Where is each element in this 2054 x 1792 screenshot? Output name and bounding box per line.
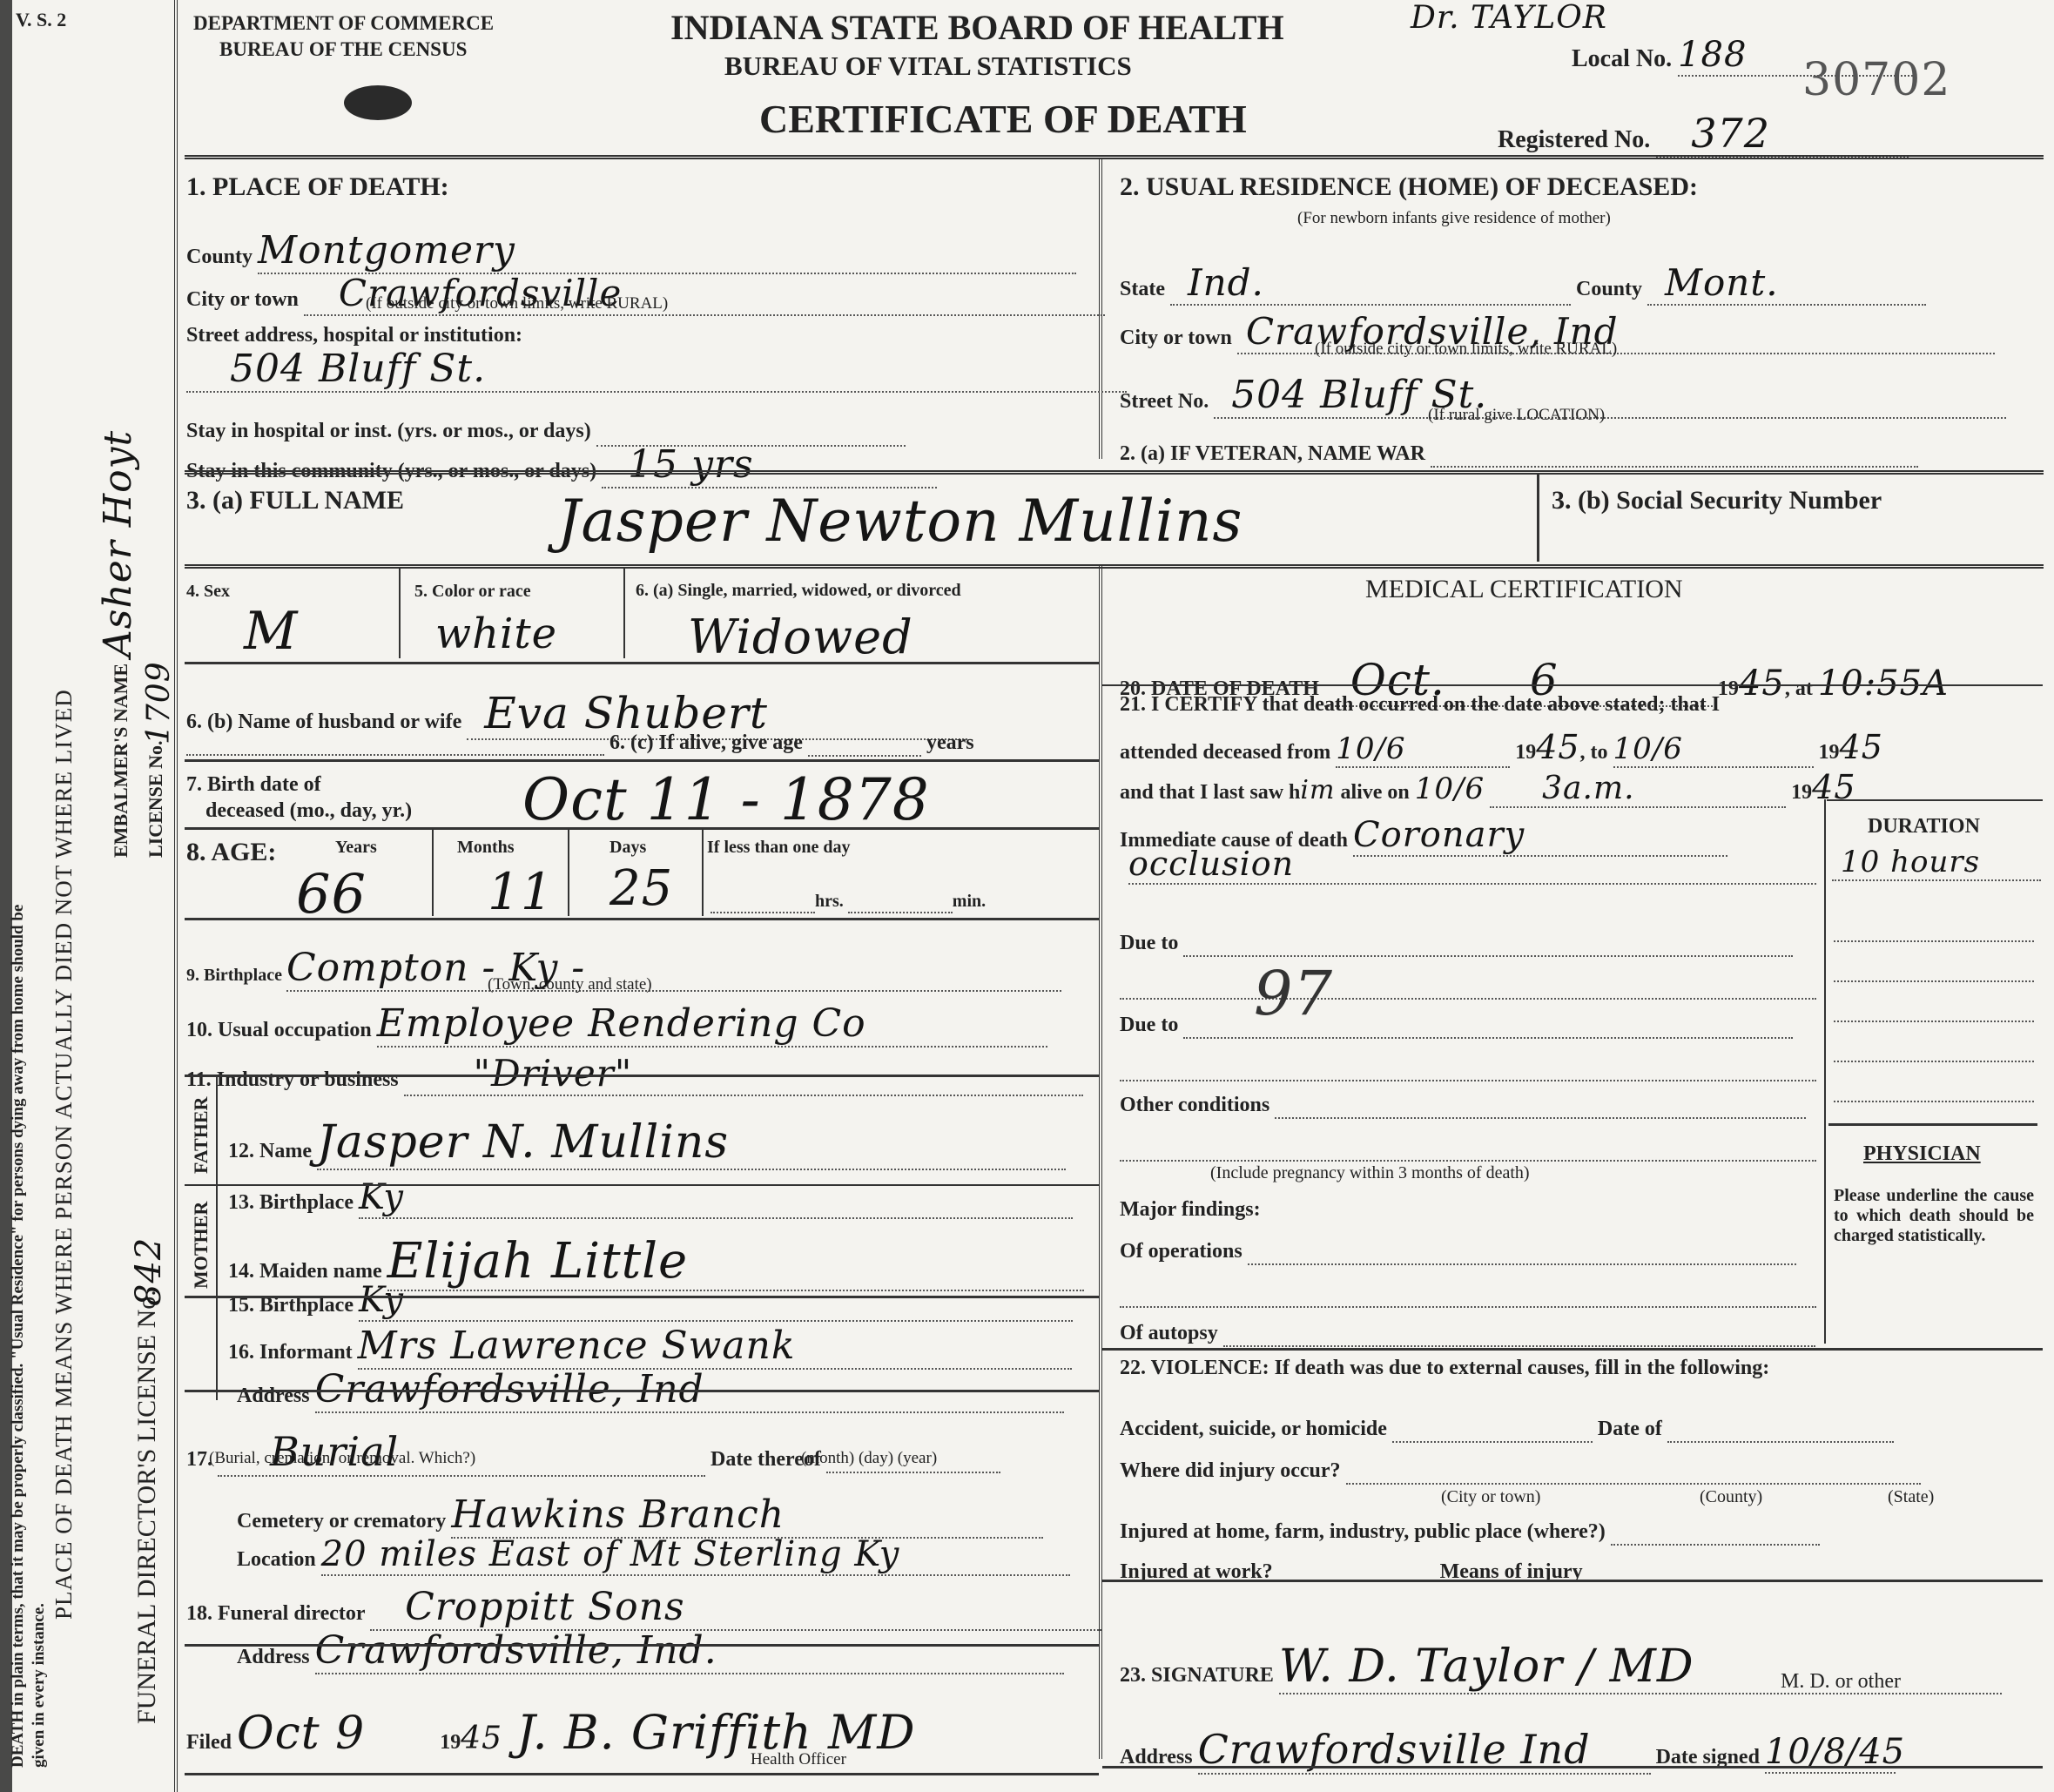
where-county-note: (County) bbox=[1700, 1487, 1762, 1507]
margin-instruction-line2: given in every instance. bbox=[30, 1603, 49, 1768]
father-name: 12. Name Jasper N. Mullins bbox=[228, 1116, 1066, 1170]
other-conditions-value[interactable] bbox=[1275, 1094, 1806, 1119]
res-street-note: (If rural give LOCATION) bbox=[1428, 406, 1605, 425]
race-divider bbox=[623, 568, 625, 658]
birthplace-label: 9. Birthplace bbox=[186, 966, 282, 985]
due-to-2: Due to bbox=[1120, 1014, 1793, 1039]
rule-bottom-right bbox=[1102, 1766, 2043, 1768]
spouse-age-label: 6. (c) If alive, give age bbox=[609, 731, 803, 754]
mother-birthplace-value[interactable]: Ky bbox=[359, 1280, 1073, 1322]
pod-county-value[interactable]: Montgomery bbox=[258, 228, 1076, 274]
age-lt-day-label: If less than one day bbox=[707, 838, 850, 858]
funeral-director: 18. Funeral director Croppitt Sons bbox=[186, 1585, 1101, 1631]
rule-before-duration bbox=[1827, 799, 2043, 801]
residence-note: (For newborn infants give residence of m… bbox=[1297, 209, 1611, 228]
rule-after-birth bbox=[185, 827, 1099, 830]
duration-line-1 bbox=[1834, 940, 2034, 942]
father-name-label: 12. Name bbox=[228, 1140, 312, 1162]
place-of-death-heading: 1. PLACE OF DEATH: bbox=[186, 172, 449, 202]
funeral-director-license-label: FUNERAL DIRECTOR'S LICENSE No. bbox=[132, 1290, 162, 1724]
death-year[interactable]: 45 bbox=[1739, 664, 1785, 704]
duration-line-3 bbox=[1834, 1021, 2034, 1022]
stamp-number: 30702 bbox=[1802, 54, 1950, 106]
dept-line1: DEPARTMENT OF COMMERCE bbox=[193, 12, 494, 35]
of-operations-label: Of operations bbox=[1120, 1240, 1243, 1263]
spouse-continuation-line bbox=[186, 754, 604, 756]
age-min-label: min. bbox=[953, 892, 986, 911]
pod-stay-community-value[interactable]: 15 yrs bbox=[602, 442, 937, 488]
residence-heading: 2. USUAL RESIDENCE (HOME) OF DECEASED: bbox=[1120, 172, 1698, 202]
of-operations: Of operations bbox=[1120, 1240, 1796, 1265]
pod-stay-community: Stay in this community (yrs., or mos., o… bbox=[186, 442, 937, 488]
mother-birthplace: 15. Birthplace Ky bbox=[228, 1280, 1073, 1322]
father-side-label: FATHER bbox=[190, 1097, 212, 1174]
informant: 16. Informant Mrs Lawrence Swank bbox=[228, 1324, 1072, 1370]
duration-heading: DURATION bbox=[1868, 815, 1980, 839]
pod-city-label: City or town bbox=[186, 288, 299, 311]
due-to-1-value[interactable] bbox=[1183, 932, 1793, 957]
accident-label: Accident, suicide, or homicide bbox=[1120, 1418, 1387, 1440]
of-autopsy: Of autopsy bbox=[1120, 1322, 1815, 1347]
where-state-note: (State) bbox=[1888, 1487, 1934, 1507]
informant-value[interactable]: Mrs Lawrence Swank bbox=[358, 1324, 1072, 1370]
sex-divider bbox=[399, 568, 401, 658]
pod-street-value[interactable]: 504 Bluff St. bbox=[186, 347, 1127, 393]
age-days-value[interactable]: 25 bbox=[609, 860, 673, 917]
physician-annotation: Dr. TAYLOR bbox=[1411, 0, 1607, 36]
violence-where: Where did injury occur? bbox=[1120, 1459, 1921, 1485]
pod-stay-hospital: Stay in hospital or inst. (yrs. or mos.,… bbox=[186, 409, 906, 447]
age-label: 8. AGE: bbox=[186, 838, 276, 867]
due-to-1-label: Due to bbox=[1120, 932, 1178, 954]
marital-label: 6. (a) Single, married, widowed, or divo… bbox=[636, 582, 1088, 599]
due-to-2-label: Due to bbox=[1120, 1014, 1178, 1036]
of-operations-value[interactable] bbox=[1248, 1240, 1796, 1265]
date-of-value[interactable] bbox=[1667, 1418, 1894, 1443]
occupation: 10. Usual occupation Employee Rendering … bbox=[186, 1001, 1047, 1048]
rule-before-filed bbox=[185, 1644, 1099, 1647]
cemetery-label: Cemetery or crematory bbox=[237, 1510, 446, 1533]
last-saw-date[interactable]: 10/6 bbox=[1415, 771, 1485, 806]
rule-after-spouse bbox=[185, 759, 1099, 762]
rule-after-residence bbox=[185, 470, 2044, 475]
last-saw-label: and that I last saw h bbox=[1120, 781, 1300, 804]
certify-text: 21. I CERTIFY that death occurred on the… bbox=[1120, 693, 1720, 717]
res-state: State Ind. County Mont. bbox=[1120, 261, 1926, 306]
last-saw-time[interactable]: 3a.m. bbox=[1490, 771, 1786, 808]
rule-after-mother bbox=[185, 1296, 1099, 1298]
form-code: V. S. 2 bbox=[16, 9, 66, 31]
last-saw-prefix: 19 bbox=[1791, 781, 1812, 804]
sex-label: 4. Sex bbox=[186, 582, 230, 602]
spouse-label: 6. (b) Name of husband or wife bbox=[186, 711, 461, 733]
res-street-label: Street No. bbox=[1120, 390, 1209, 413]
rule-after-informant bbox=[185, 1390, 1099, 1392]
res-veteran-label: 2. (a) IF VETERAN, NAME WAR bbox=[1120, 442, 1425, 465]
birth-date-label-1: 7. Birth date of bbox=[186, 773, 321, 797]
filed-year-prefix: 19 bbox=[440, 1731, 461, 1754]
rule-after-sex bbox=[185, 662, 1099, 664]
attended-from[interactable]: 10/6 bbox=[1336, 731, 1510, 768]
violence-heading: 22. VIOLENCE: If death was due to extern… bbox=[1120, 1357, 1956, 1379]
last-saw-alive: and that I last saw him alive on 10/6 3a… bbox=[1120, 768, 1856, 808]
rule-after-age bbox=[185, 918, 1099, 920]
disposal-note: (Burial, cremation, or removal. Which?) bbox=[209, 1449, 475, 1468]
certificate-title: CERTIFICATE OF DEATH bbox=[759, 96, 1247, 142]
of-operations-line2 bbox=[1120, 1306, 1816, 1308]
sex-value[interactable]: M bbox=[244, 601, 298, 662]
industry-label: 11. Industry or business bbox=[186, 1068, 399, 1091]
local-no-label: Local No. bbox=[1572, 45, 1672, 72]
pod-county: County Montgomery bbox=[186, 228, 1076, 274]
duration-line-4 bbox=[1834, 1061, 2034, 1062]
duration-line-2 bbox=[1834, 980, 2034, 982]
dept-line2: BUREAU OF THE CENSUS bbox=[219, 38, 467, 61]
margin-place-of-death-note: PLACE OF DEATH MEANS WHERE PERSON ACTUAL… bbox=[51, 689, 77, 1620]
md-or-other-note: M. D. or other bbox=[1781, 1670, 1901, 1694]
marital-value[interactable]: Widowed bbox=[688, 610, 913, 664]
race-label: 5. Color or race bbox=[414, 582, 531, 602]
res-veteran-value[interactable] bbox=[1431, 442, 1918, 468]
funeral-director-license-value: 842 bbox=[129, 1237, 169, 1306]
attended-from-prefix: 19 bbox=[1515, 741, 1536, 764]
where-city-note: (City or town) bbox=[1441, 1487, 1540, 1507]
spouse-age-unit: years bbox=[926, 731, 974, 754]
health-officer-signature[interactable]: J. B. Griffith MD bbox=[516, 1705, 916, 1760]
last-saw-him[interactable]: im bbox=[1300, 775, 1335, 805]
race-value[interactable]: white bbox=[435, 610, 557, 658]
res-city-note: (If outside city or town limits, write R… bbox=[1315, 340, 1617, 359]
other-conditions-label: Other conditions bbox=[1120, 1094, 1269, 1116]
father-side-rule bbox=[216, 1076, 218, 1400]
medical-certification-heading: MEDICAL CERTIFICATION bbox=[1365, 575, 1683, 604]
spouse-age: 6. (c) If alive, give age years bbox=[609, 731, 974, 757]
age-years-value[interactable]: 66 bbox=[296, 862, 367, 926]
rule-before-violence bbox=[1102, 1348, 2043, 1351]
date-of-label: Date of bbox=[1598, 1418, 1662, 1440]
informant-label: 16. Informant bbox=[228, 1341, 353, 1364]
physician-note: Please underline the cause to which deat… bbox=[1834, 1186, 2034, 1246]
cemetery: Cemetery or crematory Hawkins Branch bbox=[237, 1492, 1043, 1539]
spouse-age-value[interactable] bbox=[808, 731, 921, 757]
duration-divider bbox=[1824, 799, 1826, 1344]
duration-value[interactable]: 10 hours bbox=[1832, 845, 2041, 881]
census-seal-icon bbox=[344, 85, 412, 120]
disposal-date-note: (month) (day) (year) bbox=[801, 1449, 937, 1468]
attended-to-prefix: 19 bbox=[1819, 741, 1840, 764]
pod-street-label: Street address, hospital or institution: bbox=[186, 324, 522, 347]
due-to-2-value[interactable] bbox=[1183, 1014, 1793, 1039]
age-months-value[interactable]: 11 bbox=[488, 862, 554, 921]
registered-no-label: Registered No. bbox=[1498, 126, 1650, 153]
board-name: INDIANA STATE BOARD OF HEALTH bbox=[670, 7, 1284, 48]
full-name-value[interactable]: Jasper Newton Mullins bbox=[557, 488, 1243, 555]
death-year-prefix: 19 bbox=[1718, 677, 1739, 700]
cemetery-value[interactable]: Hawkins Branch bbox=[451, 1492, 1043, 1539]
filed-label: Filed bbox=[186, 1731, 232, 1754]
full-name-label: 3. (a) FULL NAME bbox=[186, 486, 404, 515]
informant-address-label: Address bbox=[237, 1384, 310, 1407]
birthplace-value[interactable]: Compton - Ky - bbox=[286, 946, 1061, 992]
funeral-address-label: Address bbox=[237, 1646, 310, 1668]
of-autopsy-label: Of autopsy bbox=[1120, 1322, 1218, 1344]
age-months-divider bbox=[568, 829, 569, 916]
attended-label: attended deceased from bbox=[1120, 741, 1330, 764]
filed-year[interactable]: 45 bbox=[461, 1721, 502, 1756]
embalmer-name-value: Asher Hoyt bbox=[96, 430, 140, 657]
other-conditions: Other conditions bbox=[1120, 1094, 1806, 1119]
age-hrs-label: hrs. bbox=[815, 892, 844, 911]
margin-instruction-line1: DEATH in plain terms, that it may be pro… bbox=[9, 905, 28, 1768]
pod-county-label: County bbox=[186, 246, 253, 268]
age-hrs-min: hrs. min. bbox=[710, 892, 986, 913]
embalmer-name-label: EMBALMER'S NAME bbox=[110, 664, 132, 858]
location-label: Location bbox=[237, 1548, 316, 1571]
rule-after-name bbox=[185, 564, 2044, 569]
where-value[interactable] bbox=[1346, 1459, 1921, 1485]
accident-value[interactable] bbox=[1392, 1418, 1593, 1443]
attended-range: attended deceased from 10/6 1945, to 10/… bbox=[1120, 728, 1883, 768]
ssn-value[interactable] bbox=[1552, 522, 2039, 557]
other-conditions-line2 bbox=[1120, 1160, 1816, 1162]
res-county-label: County bbox=[1576, 278, 1642, 300]
res-city-label: City or town bbox=[1120, 327, 1232, 349]
birth-date-label-2: deceased (mo., day, yr.) bbox=[205, 799, 412, 823]
injured-place-value[interactable] bbox=[1611, 1520, 1820, 1546]
age-years-divider bbox=[432, 829, 434, 916]
license-value: 1709 bbox=[141, 661, 177, 744]
pregnancy-note: (Include pregnancy within 3 months of de… bbox=[1210, 1163, 1530, 1183]
res-state-label: State bbox=[1120, 278, 1165, 300]
signature-label: 23. SIGNATURE bbox=[1120, 1664, 1274, 1687]
location-value[interactable]: 20 miles East of Mt Sterling Ky bbox=[321, 1534, 1070, 1576]
header-rule bbox=[185, 155, 2044, 159]
father-name-value[interactable]: Jasper N. Mullins bbox=[317, 1116, 1066, 1170]
funeral-director-value[interactable]: Croppitt Sons bbox=[370, 1585, 1101, 1631]
birth-date-value[interactable]: Oct 11 - 1878 bbox=[522, 766, 930, 833]
age-days-divider bbox=[702, 829, 704, 916]
father-birthplace-label: 13. Birthplace bbox=[228, 1191, 354, 1214]
duration-box-bottom bbox=[1828, 1123, 2037, 1126]
where-label: Where did injury occur? bbox=[1120, 1459, 1341, 1482]
funeral-address-value[interactable]: Crawfordsville, Ind. bbox=[315, 1628, 1064, 1674]
death-at-label: at bbox=[1795, 677, 1813, 700]
injured-place-label: Injured at home, farm, industry, public … bbox=[1120, 1520, 1606, 1543]
res-county-value[interactable]: Mont. bbox=[1647, 261, 1926, 306]
license-label: LICENSE No. bbox=[145, 741, 167, 858]
attended-to-label: to bbox=[1591, 741, 1608, 764]
birthplace-note: (Town, county and state) bbox=[488, 975, 652, 994]
mother-side-label: MOTHER bbox=[190, 1202, 212, 1289]
occupation-value[interactable]: Employee Rendering Co bbox=[377, 1001, 1047, 1048]
health-officer-label: Health Officer bbox=[751, 1750, 846, 1769]
rule-before-father bbox=[185, 1075, 1099, 1077]
attended-to-year[interactable]: 45 bbox=[1840, 728, 1883, 766]
rule-bottom-left bbox=[185, 1773, 1099, 1775]
of-autopsy-value[interactable] bbox=[1223, 1322, 1815, 1347]
violence-accident: Accident, suicide, or homicide Date of bbox=[1120, 1418, 1894, 1443]
occupation-label: 10. Usual occupation bbox=[186, 1019, 372, 1041]
res-state-value[interactable]: Ind. bbox=[1170, 261, 1571, 306]
rule-before-signature bbox=[1102, 1580, 2043, 1582]
due-to-1: Due to bbox=[1120, 932, 1793, 957]
physician-heading: PHYSICIAN bbox=[1863, 1142, 1981, 1166]
due-to-2-line2 bbox=[1120, 1080, 1816, 1081]
registered-no-value: 372 bbox=[1656, 110, 1909, 158]
immediate-cause-value-2[interactable]: occlusion bbox=[1128, 845, 1816, 885]
pod-stay-hospital-label: Stay in hospital or inst. (yrs. or mos.,… bbox=[186, 420, 591, 442]
res-street-value[interactable]: 504 Bluff St. bbox=[1214, 373, 2006, 419]
margin-rule bbox=[174, 0, 178, 1792]
filed-date[interactable]: Oct 9 bbox=[237, 1708, 365, 1760]
attended-to[interactable]: 10/6 bbox=[1613, 731, 1814, 768]
injured-place: Injured at home, farm, industry, public … bbox=[1120, 1520, 1820, 1546]
pod-stay-hospital-value[interactable] bbox=[596, 409, 906, 447]
funeral-director-address: Address Crawfordsville, Ind. bbox=[237, 1628, 1064, 1674]
ssn-label: 3. (b) Social Security Number bbox=[1552, 486, 1882, 515]
attended-from-year[interactable]: 45 bbox=[1536, 728, 1579, 766]
pod-city-note: (If outside city or town limits, write R… bbox=[366, 294, 668, 313]
death-time[interactable]: 10:55A bbox=[1818, 664, 1949, 704]
age-days-label: Days bbox=[609, 838, 646, 858]
age-months-label: Months bbox=[457, 838, 515, 858]
registered-no: Registered No. 372 bbox=[1498, 110, 1909, 158]
alive-on-label: alive on bbox=[1340, 781, 1409, 804]
rule-before-mother bbox=[185, 1184, 1099, 1186]
bureau-name: BUREAU OF VITAL STATISTICS bbox=[724, 51, 1132, 82]
due-to-1-line2 bbox=[1120, 998, 1816, 1000]
burial-location: Location 20 miles East of Mt Sterling Ky bbox=[237, 1534, 1070, 1576]
funeral-director-label: 18. Funeral director bbox=[186, 1602, 365, 1625]
rule-after-death-date bbox=[1102, 684, 2043, 686]
duration-line-5 bbox=[1834, 1101, 2034, 1102]
major-findings-label: Major findings: bbox=[1120, 1198, 1261, 1222]
age-years-label: Years bbox=[335, 838, 377, 858]
res-veteran: 2. (a) IF VETERAN, NAME WAR bbox=[1120, 442, 1918, 468]
ssn-divider bbox=[1537, 475, 1539, 562]
